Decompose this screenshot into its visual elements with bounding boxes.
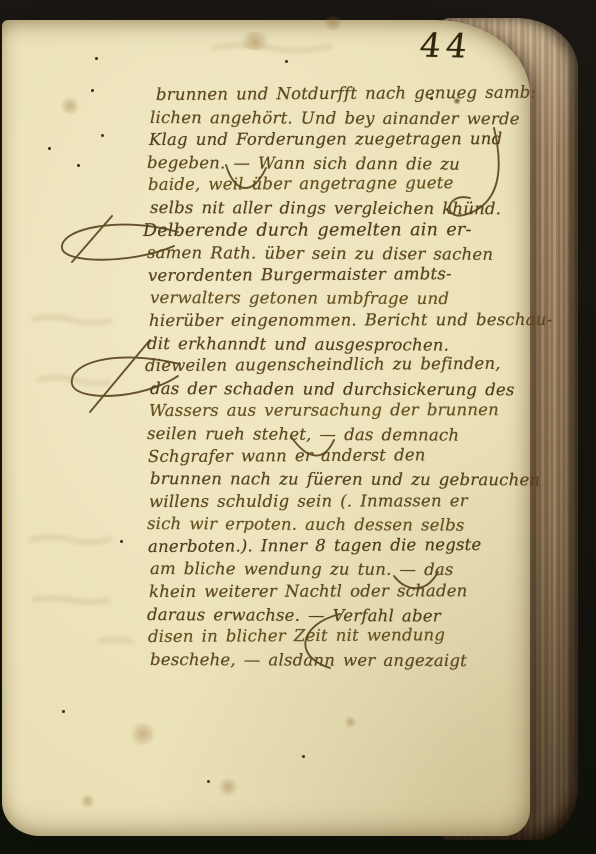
- stain: [238, 32, 272, 50]
- stain: [130, 722, 156, 746]
- scanned-manuscript-photo: 44 brunnen und Notdurfft nach genueg sam…: [0, 0, 596, 854]
- stain: [80, 794, 95, 808]
- handwritten-line: Schgrafer wann er anderst den: [148, 443, 520, 468]
- handwritten-line: das der schaden und durchsickerung des: [150, 378, 522, 402]
- handwritten-line: brunnen nach zu füeren und zu gebrauchen: [150, 468, 522, 492]
- handwritten-line: lichen angehört. Und bey ainander werde: [150, 107, 522, 131]
- handwritten-line: verwalters getonen umbfrage und: [150, 287, 522, 311]
- manuscript-page: 44 brunnen und Notdurfft nach genueg sam…: [2, 20, 530, 836]
- handwritten-line: Delberende durch gemelten ain er-: [143, 219, 521, 243]
- handwritten-line: Klag und Forderungen zuegetragen und: [149, 128, 521, 152]
- handwritten-line: Wassers aus verursachung der brunnen: [149, 399, 521, 423]
- handwritten-line: selbs nit aller dings vergleichen khünd.: [150, 197, 522, 221]
- stain: [218, 778, 238, 796]
- folio-number: 44: [418, 26, 475, 66]
- handwritten-line: dieweilen augenscheindlich zu befinden,: [145, 353, 520, 378]
- ink-blot: [453, 97, 461, 105]
- handwritten-line: hierüber eingenommen. Bericht und bescha…: [149, 309, 521, 333]
- handwritten-line: anerboten.). Inner 8 tagen die negste: [148, 534, 520, 559]
- stain: [60, 97, 80, 115]
- handwritten-line: brunnen und Notdurfft nach genueg samb:: [156, 82, 520, 107]
- handwritten-line: beschehe, — alsdann wer angezaigt: [150, 649, 522, 673]
- ink-specks: [95, 57, 98, 60]
- handwritten-line: khein weiterer Nachtl oder schaden: [149, 580, 521, 604]
- stain: [344, 716, 357, 728]
- stain: [322, 16, 344, 30]
- handwritten-line: disen in blicher Zeit nit wendung: [148, 624, 520, 649]
- handwritten-line: willens schuldig sein (. Inmassen er: [149, 490, 521, 514]
- handwritten-text-block: brunnen und Notdurfft nach genueg samb: …: [148, 84, 520, 671]
- handwritten-line: baide, weil über angetragne guete: [148, 172, 520, 197]
- handwritten-line: am bliche wendung zu tun. — das: [150, 558, 522, 582]
- handwritten-line: verordenten Burgermaister ambts-: [148, 262, 520, 287]
